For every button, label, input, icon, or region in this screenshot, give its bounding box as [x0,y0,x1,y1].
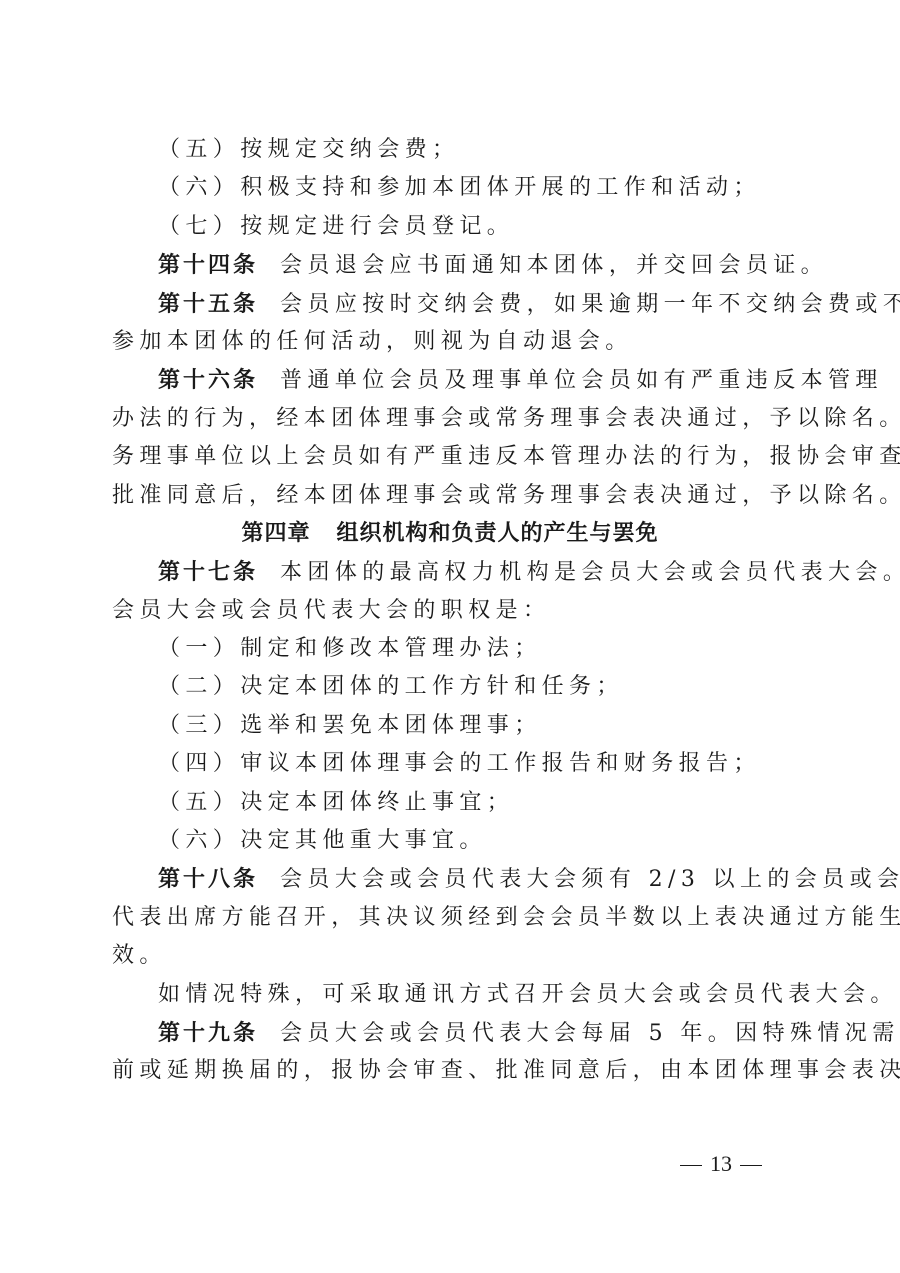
dash-left [680,1165,702,1166]
item-marker: （六） [158,828,240,853]
article-16-continuation: 务理事单位以上会员如有严重违反本管理办法的行为，报协会审查、 [112,438,788,476]
item-text: 审议本团体理事会的工作报告和财务报告； [240,751,761,776]
list-item: （六）积极支持和参加本团体开展的工作和活动； [112,169,788,207]
item-marker: （五） [158,790,240,815]
list-item: （四）审议本团体理事会的工作报告和财务报告； [112,745,788,783]
list-item: （三）选举和罢免本团体理事； [112,707,788,745]
article-19: 第十九条会员大会或会员代表大会每届 5 年。因特殊情况需提 [112,1014,788,1052]
list-item: （六）决定其他重大事宜。 [112,822,788,860]
article-19-continuation: 前或延期换届的，报协会审查、批准同意后，由本团体理事会表决通 [112,1052,788,1090]
article-17: 第十七条本团体的最高权力机构是会员大会或会员代表大会。 [112,553,788,591]
list-item: （七）按规定进行会员登记。 [112,208,788,246]
list-item: （五）按规定交纳会费； [112,131,788,169]
article-number: 第十四条 [158,252,258,278]
dash-right [740,1165,762,1166]
item-text: 决定本团体终止事宜； [240,790,514,815]
article-text: 会员应按时交纳会费，如果逾期一年不交纳会费或不 [280,292,900,317]
list-item: （五）决定本团体终止事宜； [112,784,788,822]
article-16: 第十六条普通单位会员及理事单位会员如有严重违反本管理 [112,361,788,399]
article-16-continuation: 批准同意后，经本团体理事会或常务理事会表决通过，予以除名。 [112,477,788,515]
article-16-continuation: 办法的行为，经本团体理事会或常务理事会表决通过，予以除名。常 [112,400,788,438]
paragraph: 如情况特殊，可采取通讯方式召开会员大会或会员代表大会。 [112,976,788,1014]
item-text: 决定其他重大事宜。 [240,828,487,853]
item-marker: （六） [158,175,240,200]
article-number: 第十五条 [158,291,258,317]
item-text: 积极支持和参加本团体开展的工作和活动； [240,175,761,200]
article-15-continuation: 参加本团体的任何活动，则视为自动退会。 [112,323,788,361]
item-text: 按规定进行会员登记。 [240,214,514,239]
article-number: 第十八条 [158,866,258,892]
item-marker: （一） [158,636,240,661]
article-18-continuation: 效。 [112,937,788,975]
page-number-value: 13 [710,1151,732,1176]
item-text: 按规定交纳会费； [240,137,459,162]
item-marker: （七） [158,214,240,239]
article-18-continuation: 代表出席方能召开，其决议须经到会会员半数以上表决通过方能生 [112,899,788,937]
article-number: 第十九条 [158,1020,258,1046]
article-number: 第十六条 [158,367,258,393]
chapter-heading: 第四章组织机构和负责人的产生与罢免 [112,515,788,553]
article-17-continuation: 会员大会或会员代表大会的职权是： [112,592,788,630]
article-text: 会员大会或会员代表大会每届 5 年。因特殊情况需提 [280,1021,900,1046]
item-marker: （五） [158,137,240,162]
item-text: 制定和修改本管理办法； [240,636,541,661]
item-text: 决定本团体的工作方针和任务； [240,674,624,699]
article-18: 第十八条会员大会或会员代表大会须有 2/3 以上的会员或会员 [112,860,788,898]
article-15: 第十五条会员应按时交纳会费，如果逾期一年不交纳会费或不 [112,285,788,323]
item-marker: （三） [158,713,240,738]
article-text: 会员退会应书面通知本团体，并交回会员证。 [280,253,828,278]
page-number: 13 [672,1151,770,1177]
article-14: 第十四条会员退会应书面通知本团体，并交回会员证。 [112,246,788,284]
list-item: （二）决定本团体的工作方针和任务； [112,668,788,706]
item-marker: （二） [158,674,240,699]
item-text: 选举和罢免本团体理事； [240,713,541,738]
list-item: （一）制定和修改本管理办法； [112,630,788,668]
article-text: 普通单位会员及理事单位会员如有严重违反本管理 [280,368,883,393]
item-marker: （四） [158,751,240,776]
chapter-number: 第四章 [241,521,310,546]
article-text: 本团体的最高权力机构是会员大会或会员代表大会。 [280,560,900,585]
article-text: 会员大会或会员代表大会须有 2/3 以上的会员或会员 [280,867,900,892]
document-page: （五）按规定交纳会费； （六）积极支持和参加本团体开展的工作和活动； （七）按规… [112,131,788,1091]
chapter-title: 组织机构和负责人的产生与罢免 [337,521,659,546]
article-number: 第十七条 [158,559,258,585]
